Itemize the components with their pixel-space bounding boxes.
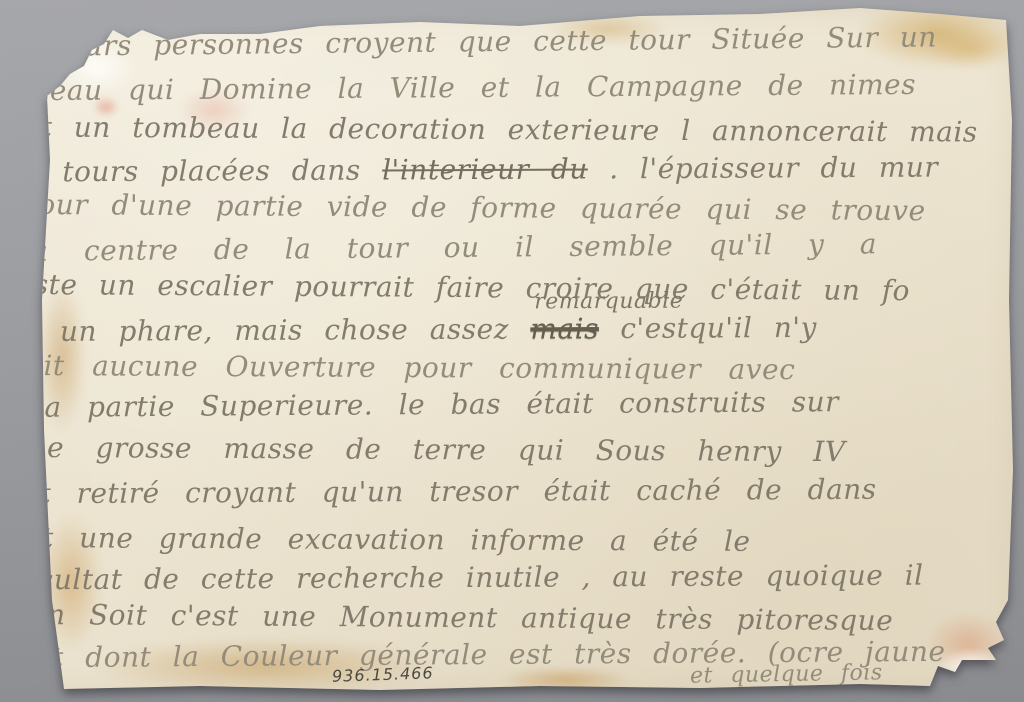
inserted-word-above: remarquable [534, 291, 683, 314]
manuscript-line: resultat de cette recherche inutile , au… [8, 559, 924, 598]
manuscript-line: utour d'une partie vide de forme quarée … [8, 188, 926, 228]
photograph-of-manuscript: ieurs personnes croyent que cette tour S… [0, 0, 1024, 702]
manuscript-line: fut retiré croyant qu'un tresor était ca… [10, 473, 877, 512]
manuscript-line: ait un tombeau la decoration exterieure … [14, 110, 978, 149]
scribbled-out-word: mais [530, 312, 599, 345]
manuscript-line: en Soit c'est une Monument antique très … [30, 598, 893, 638]
correction-stack: remarquablemais [530, 312, 599, 346]
stain-top-right-2 [925, 28, 1020, 70]
struck-through-words: l'interieur du [382, 152, 588, 186]
manuscript-paper: ieurs personnes croyent que cette tour S… [0, 0, 1024, 702]
line-segment: s tours placées dans [26, 154, 382, 189]
manuscript-line: ieurs personnes croyent que cette tour S… [58, 20, 937, 63]
inventory-number: 936.15.466 [332, 663, 434, 686]
line-segment: u un phare, mais chose assez [20, 312, 531, 348]
manuscript-line: la partie Superieure. le bas était const… [35, 385, 839, 425]
manuscript-line: xiste un escalier pourrait faire croire … [8, 268, 910, 308]
torn-fiber-highlight-bottom-right [935, 648, 1007, 686]
manuscript-line: teau qui Domine la Ville et la Campagne … [38, 68, 916, 108]
manuscript-line: vait aucune Ouverture pour communiquer a… [10, 349, 795, 387]
paper-shadow-wrap: ieurs personnes croyent que cette tour S… [0, 0, 1024, 702]
line-segment: c'estqu'il n'y [599, 311, 817, 345]
manuscript-line: u un phare, mais chose assez remarquable… [20, 311, 817, 349]
manuscript-line: et une grande excavation informe a été l… [25, 521, 751, 559]
manuscript-line: s tours placées dans l'interieur du . l'… [26, 151, 938, 190]
line-segment: . l'épaisseur du mur [588, 151, 939, 186]
manuscript-line-partial: et quelque fois [690, 660, 883, 689]
manuscript-line: u centre de la tour ou il semble qu'il y… [30, 227, 877, 268]
manuscript-line: une grosse masse de terre qui Sous henry… [10, 431, 846, 469]
